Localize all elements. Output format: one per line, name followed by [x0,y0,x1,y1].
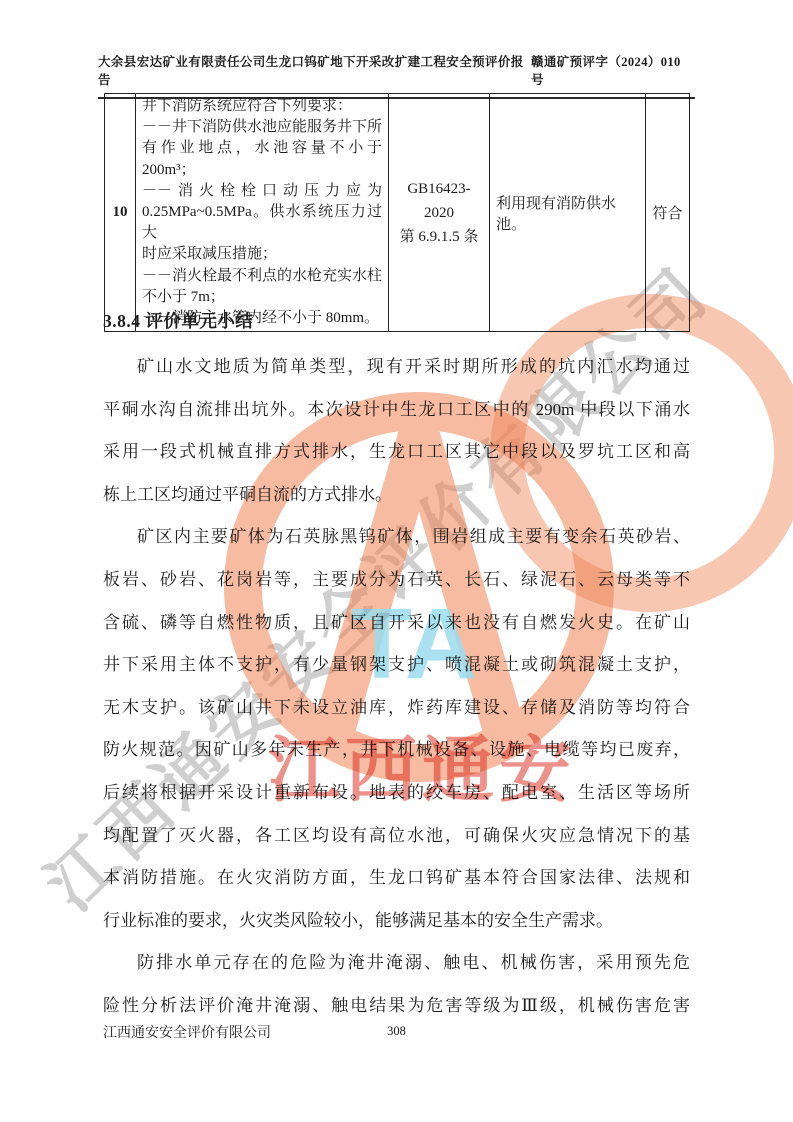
text-line: GB16423-2020 [395,177,483,225]
paragraph-3: 防排水单元存在的危险为淹井淹溺、触电、机械伤害，采用预先危险性分析法评价淹井淹溺… [103,942,690,1027]
page-header: 大余县宏达矿业有限责任公司生龙口钨矿地下开采改扩建工程安全预评价报告 赣通矿预评… [98,52,695,99]
text-line: 有作业地点，水池容量不小于 200m³； [142,138,382,180]
text-line: 井下消防系统应符合下列要求： [142,96,382,117]
text-line: 第 6.9.1.5 条 [395,225,483,249]
text-line: －－井下消防供水池应能服务井下所 [142,117,382,138]
text-line: 后续将根据开采设计重新布设。地表的绞车房、配电室、生活区等场所 [103,772,690,815]
requirement-cell: 井下消防系统应符合下列要求：－－井下消防供水池应能服务井下所有作业地点，水池容量… [136,94,389,332]
row-number-cell: 10 [105,94,136,332]
section-heading: 3.8.4 评价单元小结 [103,306,690,336]
text-line: 时应采取减压措施； [142,244,382,265]
text-line: 本消防措施。在火灾消防方面，生龙口钨矿基本符合国家法律、法规和 [103,857,690,900]
text-line: 采用一段式机械直排方式排水，生龙口工区其它中段以及罗坑工区和高 [103,431,690,474]
table-row: 10 井下消防系统应符合下列要求：－－井下消防供水池应能服务井下所有作业地点，水… [105,94,690,332]
text-line: 井下采用主体不支护，有少量钢架支护、喷混凝土或砌筑混凝土支护， [103,644,690,687]
text-line: 防火规范。因矿山多年未生产，井下机械设备、设施、电缆等均已废弃， [103,729,690,772]
text-line: 矿区内主要矿体为石英脉黑钨矿体，围岩组成主要有变余石英砂岩、 [103,516,690,559]
compliance-table: 10 井下消防系统应符合下列要求：－－井下消防供水池应能服务井下所有作业地点，水… [104,93,690,332]
doc-number: 赣通矿预评字（2024）010 号 [531,52,695,88]
result-cell: 符合 [646,94,690,332]
standard-ref-cell: GB16423-2020第 6.9.1.5 条 [389,94,490,332]
text-line: 矿山水文地质为简单类型，现有开采时期所形成的坑内汇水均通过 [103,346,690,389]
text-line: 防排水单元存在的危险为淹井淹溺、触电、机械伤害，采用预先危 [103,942,690,985]
text-line: －－消火栓最不利点的水枪充实水柱 [142,266,382,287]
text-line: 含硫、磷等自燃性物质，且矿区自开采以来也没有自燃发火史。在矿山 [103,602,690,645]
page-number: 308 [0,1024,793,1039]
paragraph-2: 矿区内主要矿体为石英脉黑钨矿体，围岩组成主要有变余石英砂岩、板岩、砂岩、花岗岩等… [103,516,690,942]
document-page: 大余县宏达矿业有限责任公司生龙口钨矿地下开采改扩建工程安全预评价报告 赣通矿预评… [0,0,793,1122]
text-line: －－消火栓栓口动压力应为 [142,181,382,202]
body-content: 3.8.4 评价单元小结 矿山水文地质为简单类型，现有开采时期所形成的坑内汇水均… [103,306,690,1028]
text-line: 无木支护。该矿山井下未设立油库，炸药库建设、存储及消防等均符合 [103,687,690,730]
text-line: 板岩、砂岩、花岗岩等，主要成分为石英、长石、绿泥石、云母类等不 [103,559,690,602]
text-line: 均配置了灭火器，各工区均设有高位水池，可确保火灾应急情况下的基 [103,815,690,858]
text-line: 栋上工区均通过平硐自流的方式排水。 [103,474,690,517]
paragraph-1: 矿山水文地质为简单类型，现有开采时期所形成的坑内汇水均通过平硐水沟自流排出坑外。… [103,346,690,516]
text-line: 0.25MPa~0.5MPa。供水系统压力过大 [142,202,382,244]
text-line: 不小于 7m； [142,287,382,308]
measure-cell: 利用现有消防供水池。 [490,94,646,332]
report-title: 大余县宏达矿业有限责任公司生龙口钨矿地下开采改扩建工程安全预评价报告 [98,52,531,88]
text-line: 行业标准的要求，火灾类风险较小，能够满足基本的安全生产需求。 [103,900,690,943]
text-line: 平硐水沟自流排出坑外。本次设计中生龙口工区中的 290m 中段以下涌水 [103,389,690,432]
